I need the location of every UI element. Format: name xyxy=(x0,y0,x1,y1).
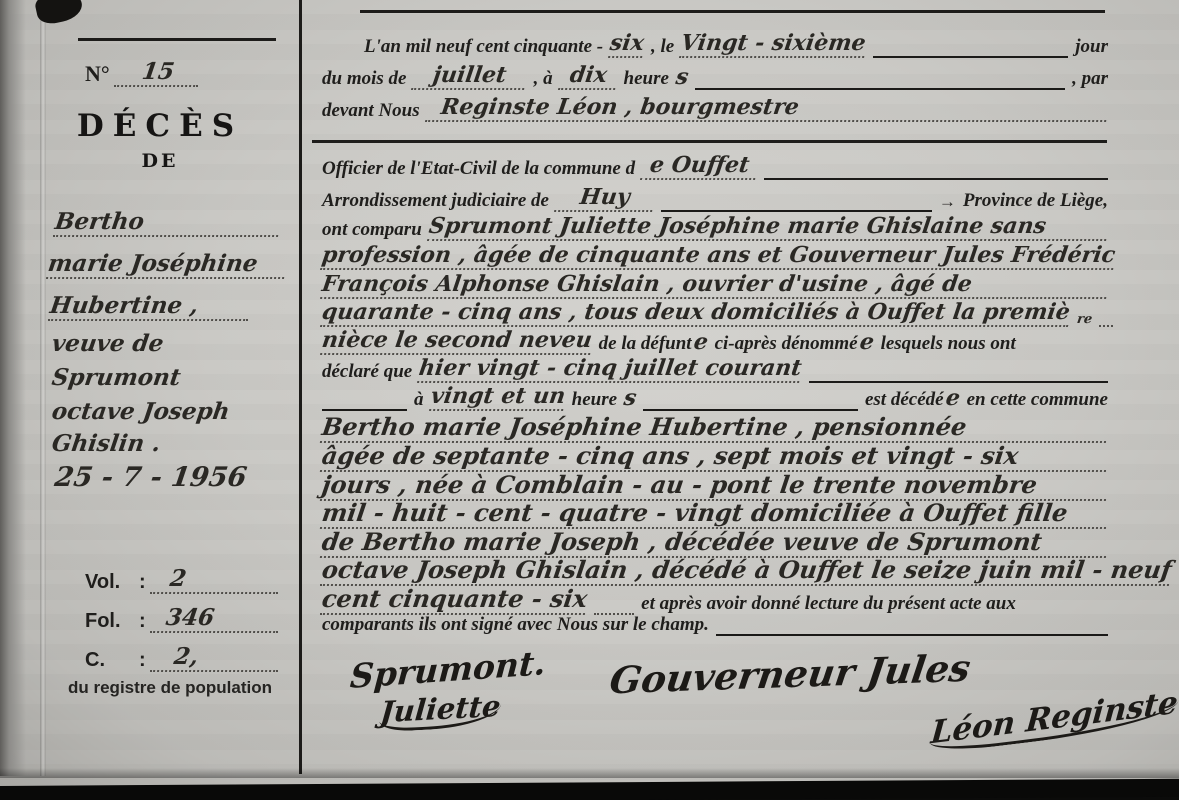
act-number-value: 15 xyxy=(114,58,202,87)
printed-text: en cette commune xyxy=(967,389,1108,411)
volume-row: Vol. : 2 xyxy=(85,565,280,594)
act-line-7: profession , âgée de cinquante ans et Go… xyxy=(322,242,1108,270)
widow-of-note: veuve de xyxy=(50,330,165,357)
fill-line xyxy=(695,84,1065,90)
case-value: 2, xyxy=(150,643,282,672)
handwritten-year: six xyxy=(608,30,646,58)
fill-line xyxy=(661,206,932,212)
act-line-14: âgée de septante - cinq ans , sept mois … xyxy=(322,441,1108,472)
act-top-rule xyxy=(360,10,1105,13)
printed-text: de la défunt xyxy=(599,333,692,355)
act-line-9: quarante - cinq ans , tous deux domicili… xyxy=(322,299,1108,327)
printed-text: L'an mil neuf cent cinquante - xyxy=(364,36,603,58)
act-line-13: Bertho marie Joséphine Hubertine , pensi… xyxy=(322,412,1108,443)
book-spine-shadow xyxy=(0,0,26,776)
printed-text: du mois de xyxy=(322,68,406,90)
fill-line xyxy=(873,52,1069,58)
handwritten-text: François Alphonse Ghislain , ouvrier d'u… xyxy=(320,271,1110,299)
printed-text: ont comparu xyxy=(322,219,422,241)
act-line-1: L'an mil neuf cent cinquante - six , le … xyxy=(322,30,1108,58)
handwritten-e: e xyxy=(692,329,710,355)
printed-text: à xyxy=(414,389,424,411)
act-line-11: déclaré que hier vingt - cinq juillet co… xyxy=(322,355,1108,383)
act-number-row: N° 15 xyxy=(85,58,275,87)
fill-line xyxy=(322,405,407,411)
printed-text: Arrondissement judiciaire de xyxy=(322,190,549,212)
fill-line xyxy=(716,630,1108,636)
handwritten-filiation: de Bertho marie Joseph , décédée veuve d… xyxy=(320,527,1110,558)
printed-text: déclaré que xyxy=(322,361,412,383)
handwritten-text: profession , âgée de cinquante ans et Go… xyxy=(320,242,1117,270)
death-date: 25 - 7 - 1956 xyxy=(53,462,249,493)
signature-reginste: Léon Reginste xyxy=(929,684,1179,754)
printed-text: Province de Liège, xyxy=(963,190,1108,212)
handwritten-death-hour: vingt et un xyxy=(429,383,567,411)
signature-juliette: Juliette xyxy=(378,689,502,733)
handwritten-text: quarante - cinq ans , tous deux domicili… xyxy=(320,299,1072,327)
handwritten-death-date-text: hier vingt - cinq juillet courant xyxy=(417,355,803,383)
act-line-17: de Bertho marie Joseph , décédée veuve d… xyxy=(322,527,1108,558)
margin-top-rule xyxy=(78,38,276,41)
handwritten-arrondissement: Huy xyxy=(554,184,656,212)
handwritten-birthplace: jours , née à Comblain - au - pont le tr… xyxy=(320,470,1110,501)
act-line-2: du mois de juillet , à dix heure s , par xyxy=(322,62,1108,90)
act-line-12: à vingt et un heure s est décédé e en ce… xyxy=(322,383,1108,411)
act-line-19: cent cinquante - six et après avoir donn… xyxy=(322,584,1108,615)
handwritten-plural-s: s xyxy=(674,64,690,90)
case-label: C. xyxy=(85,649,133,672)
margin-divider-line xyxy=(299,0,302,774)
act-line-15: jours , née à Comblain - au - pont le tr… xyxy=(322,470,1108,501)
signature-sprumont: Sprumont. xyxy=(349,643,547,696)
case-colon: : xyxy=(139,649,146,672)
handwritten-month: juillet xyxy=(411,62,528,90)
fill-line xyxy=(643,405,858,411)
printed-text: Officier de l'Etat-Civil de la commune d xyxy=(322,158,635,180)
printed-text: et après avoir donné lecture du présent … xyxy=(641,593,1016,615)
printed-text: comparants ils ont signé avec Nous sur l… xyxy=(322,614,709,636)
printed-text: lesquels nous ont xyxy=(881,333,1016,355)
act-line-4: Officier de l'Etat-Civil de la commune d… xyxy=(322,152,1108,180)
act-line-8: François Alphonse Ghislain , ouvrier d'u… xyxy=(322,271,1108,299)
printed-text: jour xyxy=(1075,36,1108,58)
handwritten-officer: Reginste Léon , bourgmestre xyxy=(425,94,1110,122)
printed-text: heure xyxy=(624,68,669,90)
handwritten-day: Vingt - sixième xyxy=(679,30,867,58)
act-line-3: devant Nous Reginste Léon , bourgmestre xyxy=(322,94,1108,122)
act-section-rule xyxy=(312,140,1107,143)
handwritten-age: âgée de septante - cinq ans , sept mois … xyxy=(320,441,1110,472)
handwritten-plural-s: s xyxy=(622,385,638,411)
printed-text: heure xyxy=(572,389,617,411)
deceased-surname: Bertho xyxy=(53,208,282,237)
act-number-label: N° xyxy=(85,61,110,87)
page-bottom-shadow xyxy=(0,768,1179,778)
handwritten-e: e xyxy=(858,329,876,355)
printed-text: , le xyxy=(651,36,674,58)
insert-arrow-icon: → xyxy=(939,192,956,212)
act-line-10: nièce le second neveu de la défunt e ci-… xyxy=(322,327,1108,355)
handwritten-e: e xyxy=(944,385,962,411)
fill-line xyxy=(764,174,1108,180)
printed-text: , à xyxy=(534,68,553,90)
printed-text: devant Nous xyxy=(322,100,420,122)
printed-text: ci-après dénommé xyxy=(715,333,858,355)
act-line-18: octave Joseph Ghislain , décédé à Ouffet… xyxy=(322,555,1108,586)
handwritten-widowhood: octave Joseph Ghislain , décédé à Ouffet… xyxy=(320,555,1174,586)
act-line-6: ont comparu Sprumont Juliette Joséphine … xyxy=(322,213,1108,241)
handwritten-year-end: cent cinquante - six xyxy=(320,584,590,615)
handwritten-birthyear-domicile: mil - huit - cent - quatre - vingt domic… xyxy=(320,498,1110,529)
spouse-firstnames: octave Joseph xyxy=(50,398,231,425)
handwritten-superscript: re xyxy=(1076,312,1093,327)
folio-label: Fol. xyxy=(85,610,133,633)
printed-text: , par xyxy=(1072,68,1108,90)
register-page: N° 15 DÉCÈS DE [data-name="deces-title"]… xyxy=(0,0,1179,788)
handwritten-deceased-name: Bertho marie Joséphine Hubertine , pensi… xyxy=(320,412,1110,443)
handwritten-text: nièce le second neveu xyxy=(320,327,594,355)
deceased-thirdname: Hubertine , xyxy=(48,292,252,321)
folio-colon: : xyxy=(139,610,146,633)
deces-subtitle: DE xyxy=(40,150,280,172)
act-line-16: mil - huit - cent - quatre - vingt domic… xyxy=(322,498,1108,529)
volume-label: Vol. xyxy=(85,571,133,594)
deces-title: DÉCÈS xyxy=(40,108,280,144)
handwritten-declarants: Sprumont Juliette Joséphine marie Ghisla… xyxy=(427,213,1110,241)
act-line-20: comparants ils ont signé avec Nous sur l… xyxy=(322,614,1108,636)
printed-text: est décédé xyxy=(865,389,944,411)
act-line-5: Arrondissement judiciaire de Huy → Provi… xyxy=(322,184,1108,212)
folio-value: 346 xyxy=(150,604,282,633)
handwritten-commune: e Ouffet xyxy=(640,152,759,180)
case-row: C. : 2, xyxy=(85,643,280,672)
volume-value: 2 xyxy=(150,565,282,594)
spouse-thirdname: Ghislin . xyxy=(50,430,162,457)
volume-colon: : xyxy=(139,571,146,594)
folio-row: Fol. : 346 xyxy=(85,604,280,633)
register-note: du registre de population xyxy=(68,678,272,698)
signature-gouverneur: Gouverneur Jules xyxy=(607,646,973,703)
handwritten-hour: dix xyxy=(558,62,619,90)
deceased-firstnames: marie Joséphine xyxy=(46,250,288,279)
spouse-surname: Sprumont xyxy=(50,364,182,391)
